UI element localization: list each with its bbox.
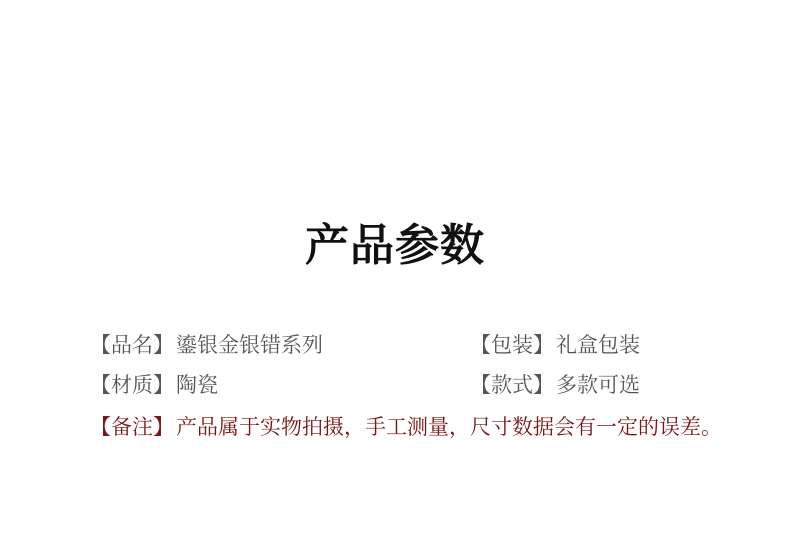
param-label: 【款式】 bbox=[470, 373, 554, 397]
param-style: 【款式】多款可选 bbox=[470, 371, 640, 399]
param-value: 鎏银金银错系列 bbox=[176, 333, 323, 357]
param-label: 【材质】 bbox=[90, 373, 174, 397]
page-title: 产品参数 bbox=[0, 218, 790, 274]
note-text: 产品属于实物拍摄，手工测量，尺寸数据会有一定的误差。 bbox=[176, 415, 722, 439]
note-label: 【备注】 bbox=[90, 415, 174, 439]
note-row: 【备注】产品属于实物拍摄，手工测量，尺寸数据会有一定的误差。 bbox=[90, 413, 722, 441]
param-label: 【品名】 bbox=[90, 333, 174, 357]
param-packaging: 【包装】礼盒包装 bbox=[470, 331, 640, 359]
param-value: 礼盒包装 bbox=[556, 333, 640, 357]
param-label: 【包装】 bbox=[470, 333, 554, 357]
param-value: 陶瓷 bbox=[176, 373, 218, 397]
param-material: 【材质】陶瓷 bbox=[90, 371, 218, 399]
param-product-name: 【品名】鎏银金银错系列 bbox=[90, 331, 323, 359]
param-value: 多款可选 bbox=[556, 373, 640, 397]
